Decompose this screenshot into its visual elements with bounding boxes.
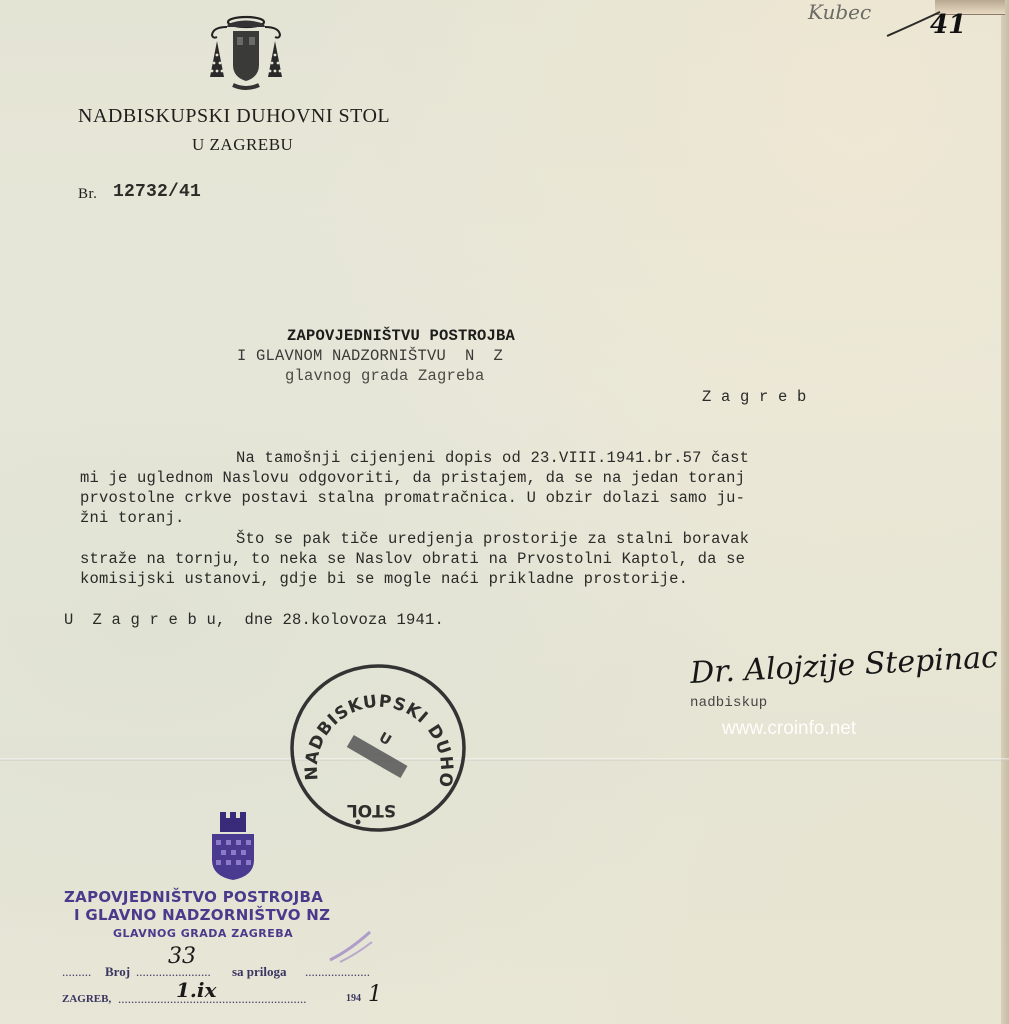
purple-smudge-icon: [320, 920, 380, 970]
round-seal-stamp-icon: NADBISKUPSKI DUHOVNI STOL U: [288, 662, 468, 834]
year-handwritten-suffix: 1: [368, 982, 382, 1007]
broj-label: Broj: [105, 964, 130, 980]
reference-label: Br.: [78, 186, 97, 203]
body-p1-line-2: mi je uglednom Naslovu odgovoriti, da pr…: [80, 469, 745, 487]
addressee-line-3: glavnog grada Zagreba: [285, 367, 485, 385]
body-p1-line-4: žni toranj.: [80, 509, 185, 527]
receipt-stamp-line-1: ZAPOVJEDNIŠTVO POSTROJBA: [64, 888, 323, 906]
svg-text:STOL: STOL: [347, 800, 396, 820]
body-p1-line-1: Na tamošnji cijenjeni dopis od 23.VIII.1…: [236, 449, 749, 467]
receipt-stamp-line-2: I GLAVNO NADZORNIŠTVO NZ: [74, 906, 330, 924]
signature-title: nadbiskup: [690, 695, 767, 711]
institution-city: U ZAGREBU: [192, 135, 293, 155]
svg-text:U: U: [376, 730, 394, 750]
addressee-line-2: I GLAVNOM NADZORNIŠTVU N Z: [237, 347, 503, 365]
checkered-crest-icon: [208, 812, 258, 882]
watermark-text: www.croinfo.net: [722, 718, 856, 740]
year-prefix: 194: [346, 993, 361, 1004]
handwritten-name-note: Kubec: [808, 0, 871, 24]
broj-handwritten-value: 33: [168, 944, 196, 969]
zagreb-label: ZAGREB,: [62, 993, 111, 1005]
paper-edge: [1001, 0, 1009, 1024]
receipt-stamp-line-3: GLAVNOG GRADA ZAGREBA: [113, 927, 293, 940]
date-handwritten-value: 1.ix: [176, 978, 216, 1002]
svg-text:NADBISKUPSKI DUHOVNI: NADBISKUPSKI DUHOVNI: [288, 662, 456, 789]
reference-number: 12732/41: [113, 182, 201, 202]
body-p2-line-3: komisijski ustanovi, gdje bi se mogle na…: [80, 570, 688, 588]
body-p2-line-2: straže na tornju, to neka se Naslov obra…: [80, 550, 745, 568]
priloga-dots: ....................: [305, 964, 370, 980]
addressee-line-1: ZAPOVJEDNIŠTVU POSTROJBA: [287, 327, 515, 345]
priloga-label: sa priloga: [232, 964, 287, 980]
institution-name: NADBISKUPSKI DUHOVNI STOL: [78, 105, 390, 128]
body-p1-line-3: prvostolne crkve postavi stalna promatra…: [80, 489, 745, 507]
addressee-place: Z a g r e b: [702, 388, 807, 406]
broj-dots-lead: .........: [62, 964, 91, 980]
body-p2-line-1: Što se pak tiče uredjenja prostorije za …: [236, 530, 749, 548]
handwritten-number: 41: [930, 10, 966, 40]
paper-fold-line: [0, 758, 1009, 761]
archbishop-crest-icon: [205, 15, 287, 93]
date-line: U Z a g r e b u, dne 28.kolovoza 1941.: [64, 611, 444, 629]
